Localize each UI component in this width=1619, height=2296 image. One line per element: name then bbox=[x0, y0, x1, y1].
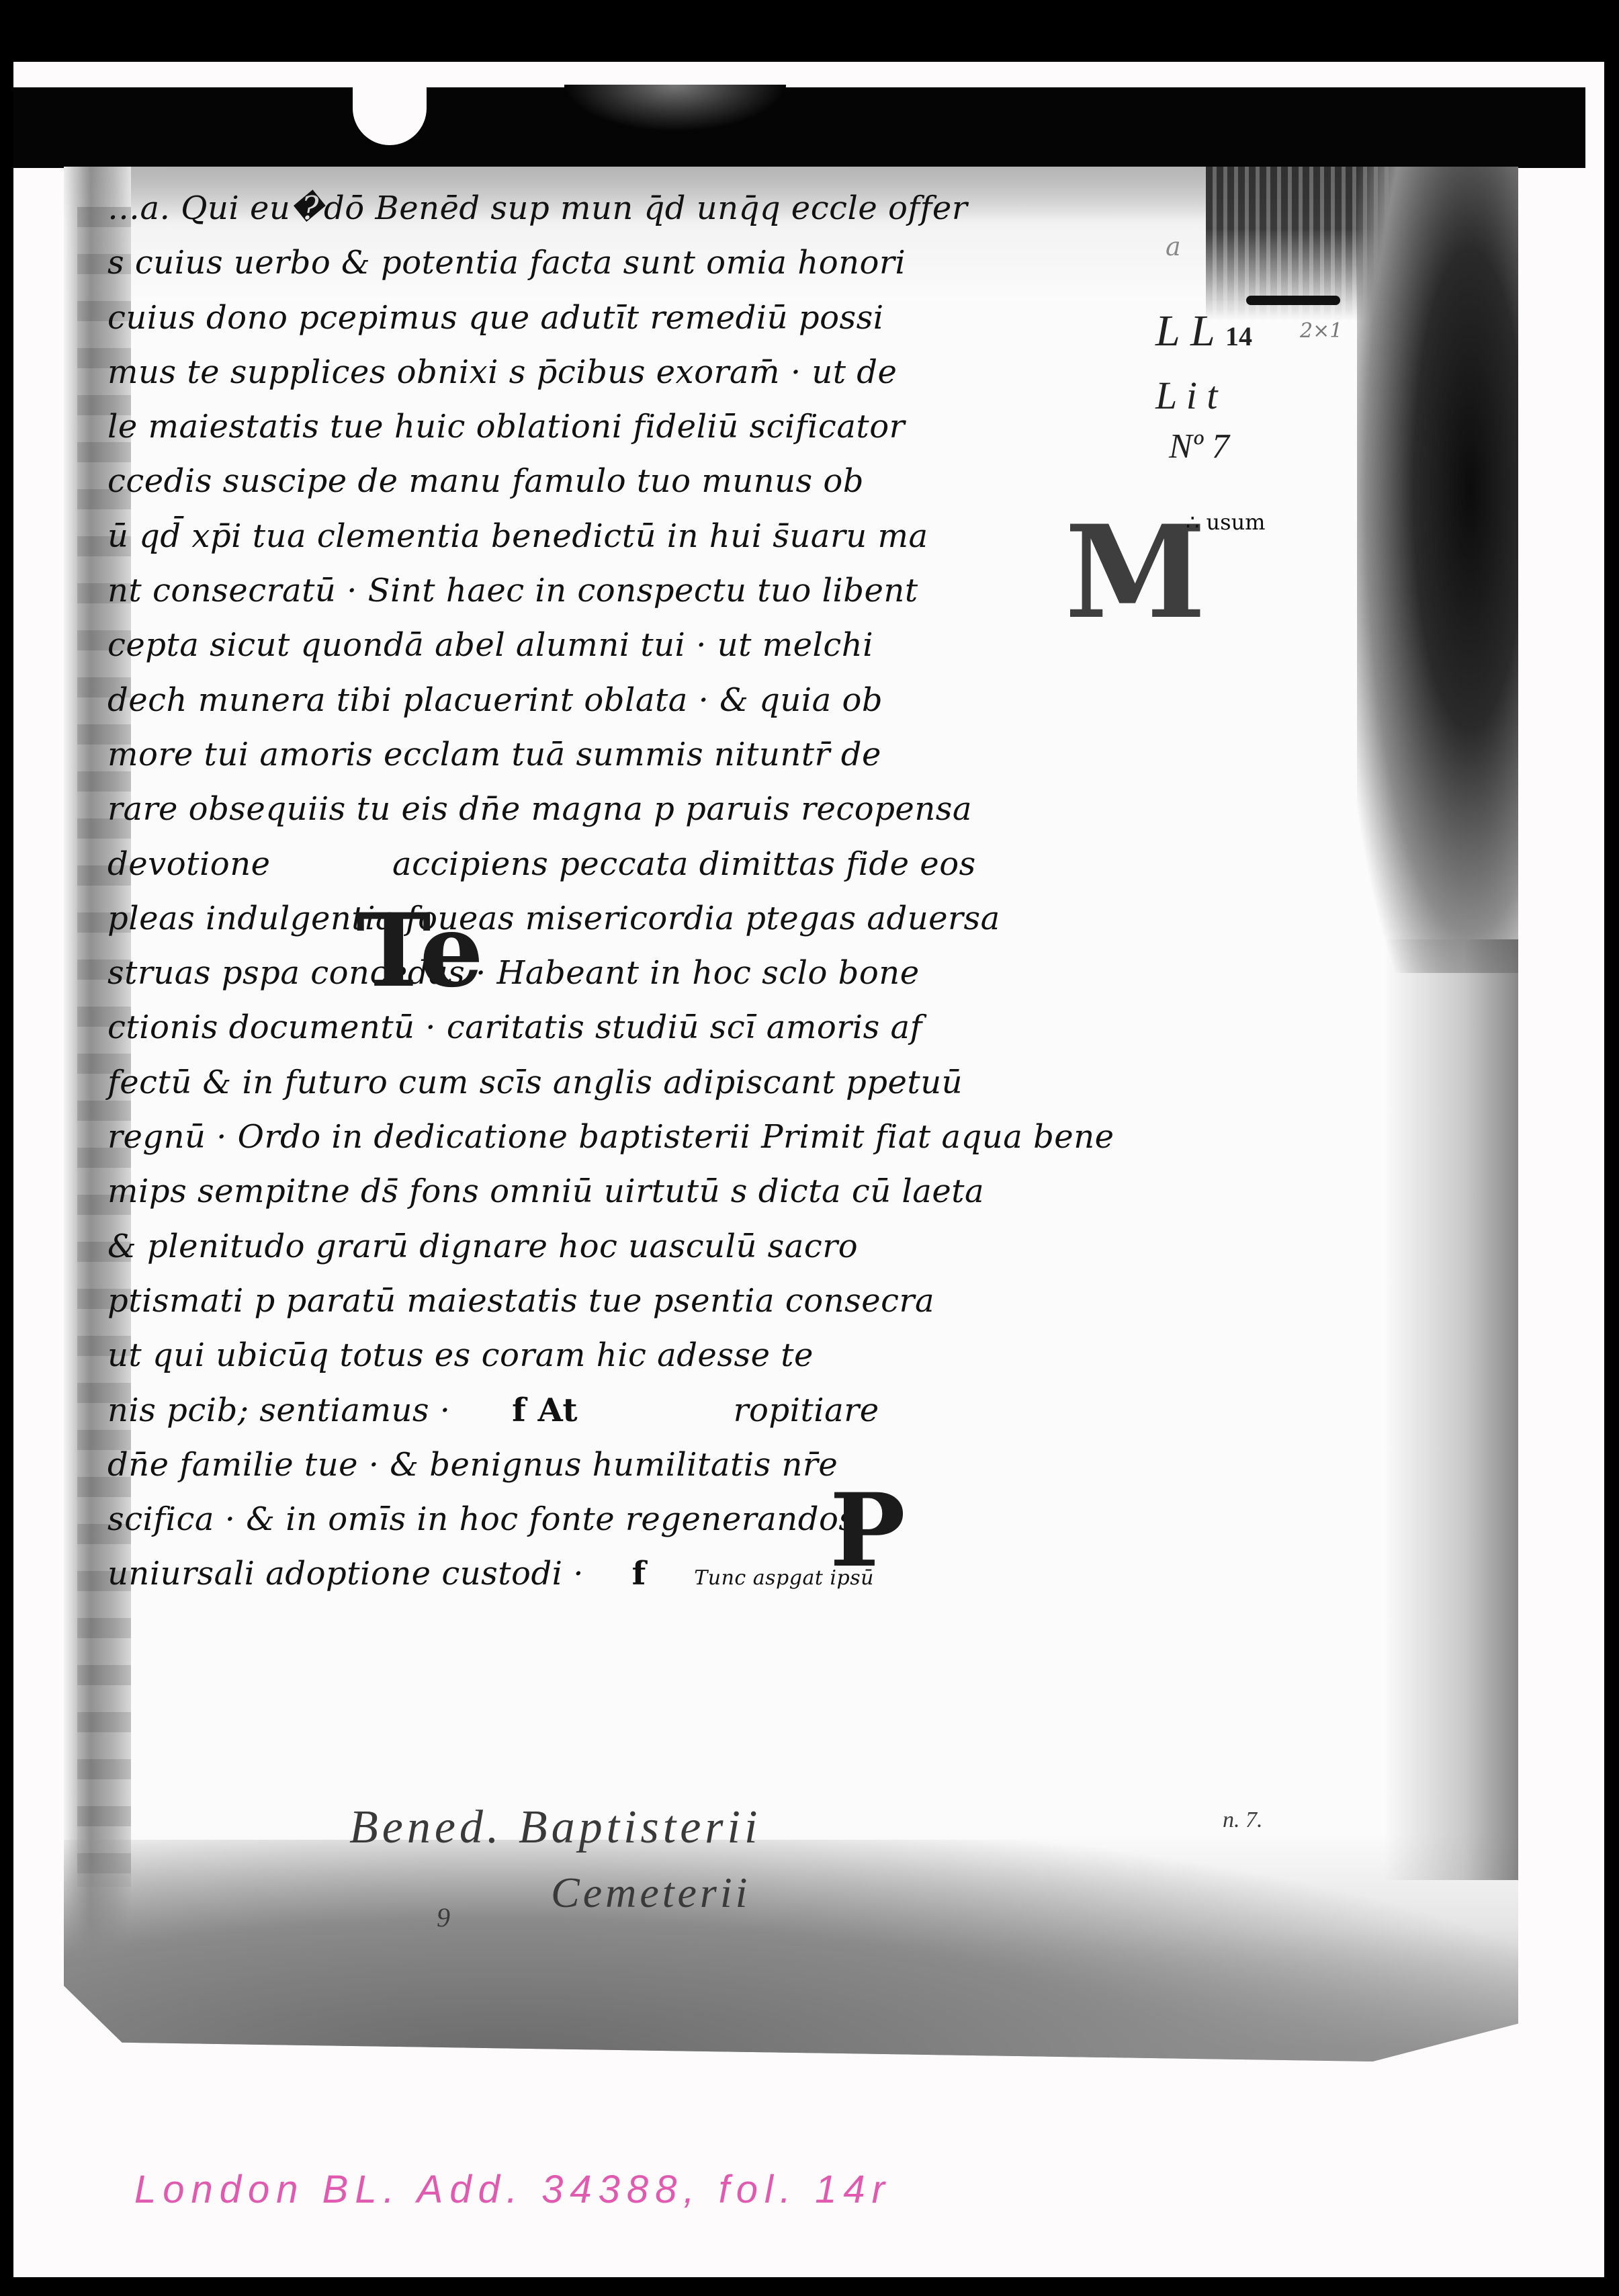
text-line: le maiestatis tue huic oblationi fideliū… bbox=[107, 400, 1155, 454]
shelfmark-superscript: 14 bbox=[1225, 321, 1252, 351]
text-line: rare obsequiis tu eis dn̄e magna p parui… bbox=[107, 782, 1155, 837]
right-edge-stain bbox=[1357, 167, 1518, 973]
top-mount-band bbox=[13, 87, 1585, 168]
bottom-shadow bbox=[64, 1840, 1518, 2061]
text-line: …a. Qui eu�dō Benēd sup mun q̄d unq̄q ec… bbox=[107, 181, 1155, 236]
pencil-note-cemeterii: Cemeterii bbox=[551, 1868, 750, 1918]
text-line: more tui amoris ecclam tuā summis nitunt… bbox=[107, 728, 1155, 782]
text-segment: ropitiare bbox=[734, 1392, 879, 1429]
text-line: & plenitudo grarū dignare hoc uasculū sa… bbox=[107, 1220, 1155, 1274]
marginal-letter-a: a bbox=[1166, 232, 1181, 261]
text-line: fectū & in futuro cum scīs anglis adipis… bbox=[107, 1056, 1155, 1110]
text-line: pleas indulgentia foueas misericordia pt… bbox=[107, 892, 1155, 946]
band-notch bbox=[353, 85, 427, 145]
rubric-marker: f At bbox=[512, 1392, 578, 1429]
text-line: cepta sicut quondā abel alumni tui · ut … bbox=[107, 618, 1155, 673]
decorated-initial-p: P bbox=[830, 1472, 906, 1590]
text-line: regnū · Ordo in dedicatione baptisterii … bbox=[107, 1110, 1155, 1164]
text-segment: accipiens peccata dimittas fide eos bbox=[392, 845, 976, 883]
rubric-marker: f bbox=[632, 1555, 646, 1592]
text-line: s cuius uerbo & potentia facta sunt omia… bbox=[107, 236, 1155, 290]
pencil-note-bened-baptisterii: Bened. Baptisterii bbox=[349, 1801, 761, 1855]
text-line: ccedis suscipe de manu famulo tuo munus … bbox=[107, 454, 1155, 509]
shelfmark-line-1: L L 14 bbox=[1155, 306, 1252, 357]
right-edge-shadow bbox=[1384, 939, 1518, 1880]
manuscript-text-block: …a. Qui eu�dō Benēd sup mun q̄d unq̄q ec… bbox=[107, 181, 1155, 1602]
text-segment: nis pcib; sentiamus · bbox=[107, 1392, 451, 1429]
text-line: ptismati p paratū maiestatis tue psentia… bbox=[107, 1274, 1155, 1328]
text-line: nt consecratū · Sint haec in conspectu t… bbox=[107, 564, 1155, 618]
shelfmark-line-3: Nº 7 bbox=[1169, 427, 1229, 466]
text-segment: uniursali adoptione custodi · bbox=[107, 1555, 584, 1592]
text-segment: devotione bbox=[107, 845, 271, 883]
text-line: ut qui ubicūq totus es coram hic adesse … bbox=[107, 1328, 1155, 1383]
text-line: struas pspa concedas · Habeant in hoc sc… bbox=[107, 946, 1155, 1001]
text-line: dech munera tibi placuerint oblata · & q… bbox=[107, 673, 1155, 728]
text-line: mips sempitne ds̄ fons omniū uirtutū s d… bbox=[107, 1164, 1155, 1219]
pencil-note-right: n. 7. bbox=[1223, 1808, 1263, 1833]
marginal-usum: ∴ usum bbox=[1186, 509, 1266, 535]
folio-number: 2×1 bbox=[1300, 319, 1342, 343]
decorated-initial-m: M bbox=[1065, 497, 1206, 647]
shelfmark-line-2: L i t bbox=[1155, 373, 1217, 418]
text-line: dn̄e familie tue · & benignus humilitati… bbox=[107, 1438, 1155, 1492]
text-line: devotione accipiens peccata dimittas fid… bbox=[107, 837, 1155, 892]
band-highlight bbox=[564, 85, 786, 132]
decorated-initial-te: Te bbox=[356, 900, 484, 1001]
text-line: mus te supplices obnixi s p̄cibus exoram… bbox=[107, 345, 1155, 400]
text-line: ū qd̄ xp̄i tua clementia benedictū in hu… bbox=[107, 509, 1155, 564]
archive-caption: London BL. Add. 34388, fol. 14r bbox=[134, 2167, 891, 2212]
marginal-stroke bbox=[1246, 296, 1340, 305]
pencil-note-small: 9 bbox=[437, 1902, 450, 1933]
text-line: ctionis documentū · caritatis studiū scī… bbox=[107, 1001, 1155, 1055]
text-line: nis pcib; sentiamus · f At ropitiare bbox=[107, 1384, 1155, 1438]
text-line: uniursali adoptione custodi · f Tunc asp… bbox=[107, 1547, 1155, 1601]
text-line: scifica · & in omīs in hoc fonte regener… bbox=[107, 1492, 1155, 1547]
text-line: cuius dono pcepimus que adutīt remediū p… bbox=[107, 291, 1155, 345]
shelfmark-text: L L bbox=[1155, 306, 1215, 355]
